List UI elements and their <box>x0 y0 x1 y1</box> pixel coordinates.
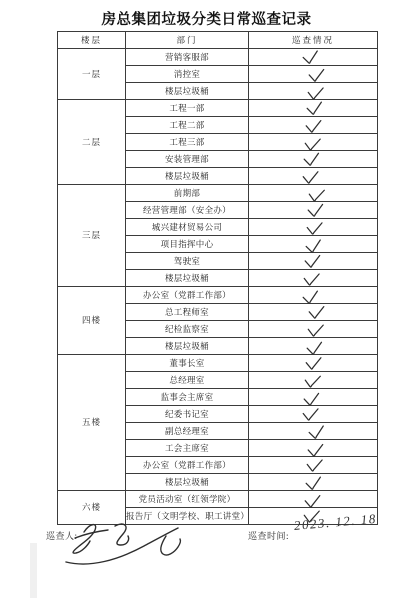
checkmark-icon <box>302 253 321 268</box>
check-cell <box>249 270 378 287</box>
document-title: 房总集团垃圾分类日常巡查记录 <box>0 8 413 29</box>
check-cell <box>249 287 378 304</box>
table-row: 二层工程一部 <box>58 100 378 117</box>
table-body: 一层营销客服部消控室楼层垃圾桶二层工程一部工程二部工程三部安装管理部楼层垃圾桶三… <box>58 49 378 525</box>
floor-cell: 二层 <box>58 100 126 185</box>
check-cell <box>249 236 378 253</box>
floor-cell: 五楼 <box>58 355 126 491</box>
room-cell: 城兴建材贸易公司 <box>126 219 249 236</box>
check-cell <box>249 372 378 389</box>
checkmark-icon <box>307 305 326 320</box>
header-floor: 楼层 <box>58 32 126 49</box>
room-cell: 工程三部 <box>126 134 249 151</box>
check-cell <box>249 355 378 372</box>
check-cell <box>249 168 378 185</box>
check-cell <box>249 389 378 406</box>
room-cell: 工会主席室 <box>126 440 249 457</box>
inspector-signature <box>60 518 195 576</box>
header-department: 部门 <box>126 32 249 49</box>
room-cell: 项目指挥中心 <box>126 236 249 253</box>
room-cell: 经营管理部（安全办） <box>126 202 249 219</box>
room-cell: 消控室 <box>126 66 249 83</box>
checkmark-icon <box>300 49 320 66</box>
room-cell: 营销客服部 <box>126 49 249 66</box>
check-cell <box>249 491 378 508</box>
table-row: 一层营销客服部 <box>58 49 378 66</box>
checkmark-icon <box>304 119 323 134</box>
check-cell <box>249 219 378 236</box>
checkmark-icon <box>303 355 322 370</box>
check-cell <box>249 440 378 457</box>
checkmark-icon <box>304 220 324 236</box>
check-cell <box>249 423 378 440</box>
scan-artifact <box>30 543 37 598</box>
check-cell <box>249 185 378 202</box>
check-cell <box>249 304 378 321</box>
check-cell <box>249 66 378 83</box>
room-cell: 楼层垃圾桶 <box>126 338 249 355</box>
check-cell <box>249 474 378 491</box>
checkmark-icon <box>305 322 325 338</box>
time-label: 巡查时间: <box>248 529 289 542</box>
checkmark-icon <box>306 424 326 441</box>
room-cell: 董事长室 <box>126 355 249 372</box>
floor-cell: 一层 <box>58 49 126 100</box>
room-cell: 总工程师室 <box>126 304 249 321</box>
checkmark-icon <box>306 67 325 82</box>
check-cell <box>249 83 378 100</box>
checkmark-icon <box>302 373 322 390</box>
checkmark-icon <box>301 391 321 407</box>
checkmark-icon <box>304 457 324 473</box>
room-cell: 总经理室 <box>126 372 249 389</box>
room-cell: 安装管理部 <box>126 151 249 168</box>
room-cell: 党员活动室（红领学院） <box>126 491 249 508</box>
header-row: 楼层 部门 巡查情况 <box>58 32 378 49</box>
room-cell: 工程一部 <box>126 100 249 117</box>
room-cell: 楼层垃圾桶 <box>126 474 249 491</box>
table-row: 五楼董事长室 <box>58 355 378 372</box>
room-cell: 工程二部 <box>126 117 249 134</box>
check-cell <box>249 117 378 134</box>
check-cell <box>249 151 378 168</box>
room-cell: 楼层垃圾桶 <box>126 83 249 100</box>
checkmark-icon <box>304 100 324 116</box>
check-cell <box>249 49 378 66</box>
check-cell <box>249 338 378 355</box>
room-cell: 楼层垃圾桶 <box>126 270 249 287</box>
table-row: 三层前期部 <box>58 185 378 202</box>
floor-cell: 四楼 <box>58 287 126 355</box>
check-cell <box>249 100 378 117</box>
table-row: 六楼党员活动室（红领学院） <box>58 491 378 508</box>
room-cell: 纪检监察室 <box>126 321 249 338</box>
checkmark-icon <box>305 202 325 218</box>
checkmark-icon <box>301 151 321 167</box>
room-cell: 办公室（党群工作部） <box>126 457 249 474</box>
scanned-document-page: 房总集团垃圾分类日常巡查记录 楼层 部门 巡查情况 一层营销客服部消控室楼层垃圾… <box>0 0 413 598</box>
checkmark-icon <box>305 442 324 457</box>
checkmark-icon <box>301 271 321 287</box>
checkmark-icon <box>300 169 319 184</box>
header-status: 巡查情况 <box>249 32 378 49</box>
check-cell <box>249 253 378 270</box>
floor-cell: 三层 <box>58 185 126 287</box>
check-cell <box>249 406 378 423</box>
room-cell: 纪委书记室 <box>126 406 249 423</box>
check-cell <box>249 457 378 474</box>
room-cell: 楼层垃圾桶 <box>126 168 249 185</box>
checkmark-icon <box>303 494 322 509</box>
room-cell: 办公室（党群工作部） <box>126 287 249 304</box>
table-row: 四楼办公室（党群工作部） <box>58 287 378 304</box>
room-cell: 副总经理室 <box>126 423 249 440</box>
room-cell: 前期部 <box>126 185 249 202</box>
inspection-table: 楼层 部门 巡查情况 一层营销客服部消控室楼层垃圾桶二层工程一部工程二部工程三部… <box>57 31 378 525</box>
checkmark-icon <box>303 475 323 491</box>
check-cell <box>249 321 378 338</box>
check-cell <box>249 134 378 151</box>
room-cell: 驾驶室 <box>126 253 249 270</box>
room-cell: 监事会主席室 <box>126 389 249 406</box>
check-cell <box>249 202 378 219</box>
checkmark-icon <box>300 406 320 422</box>
